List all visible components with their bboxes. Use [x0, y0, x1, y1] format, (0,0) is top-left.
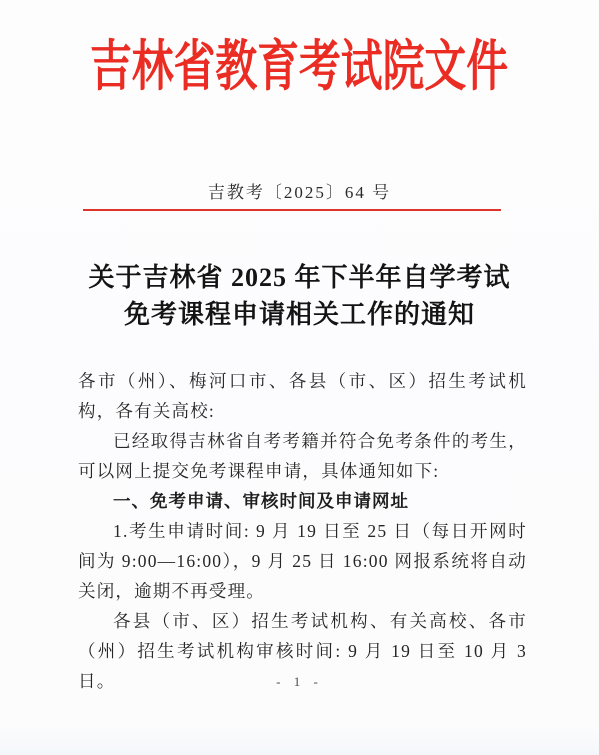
- recipients-line: 各市（州）、梅河口市、各县（市、区）招生考试机构，各有关高校:: [78, 366, 527, 426]
- letterhead-org-title: 吉林省教育考试院文件: [0, 36, 599, 98]
- intro-paragraph: 已经取得吉林省自考考籍并符合免考条件的考生，可以网上提交免考课程申请，具体通知如…: [78, 426, 527, 486]
- applicant-time-paragraph: 1.考生申请时间: 9 月 19 日至 25 日（每日开网时间为 9:00—16…: [78, 516, 527, 606]
- letterhead-org-title-text: 吉林省教育考试院文件: [90, 36, 508, 98]
- document-body: 各市（州）、梅河口市、各县（市、区）招生考试机构，各有关高校: 已经取得吉林省自…: [78, 366, 527, 696]
- document-number: 吉教考〔2025〕64 号: [0, 182, 599, 204]
- letterhead-divider-line: [83, 209, 501, 211]
- document-title: 关于吉林省 2025 年下半年自学考试 免考课程申请相关工作的通知: [0, 259, 599, 333]
- document-title-line1: 关于吉林省 2025 年下半年自学考试: [88, 263, 510, 292]
- document-title-line2: 免考课程申请相关工作的通知: [124, 300, 475, 329]
- document-page: 吉林省教育考试院文件 吉教考〔2025〕64 号 关于吉林省 2025 年下半年…: [0, 0, 599, 755]
- page-number: - 1 -: [0, 674, 599, 690]
- section-1-heading: 一、免考申请、审核时间及申请网址: [78, 486, 527, 516]
